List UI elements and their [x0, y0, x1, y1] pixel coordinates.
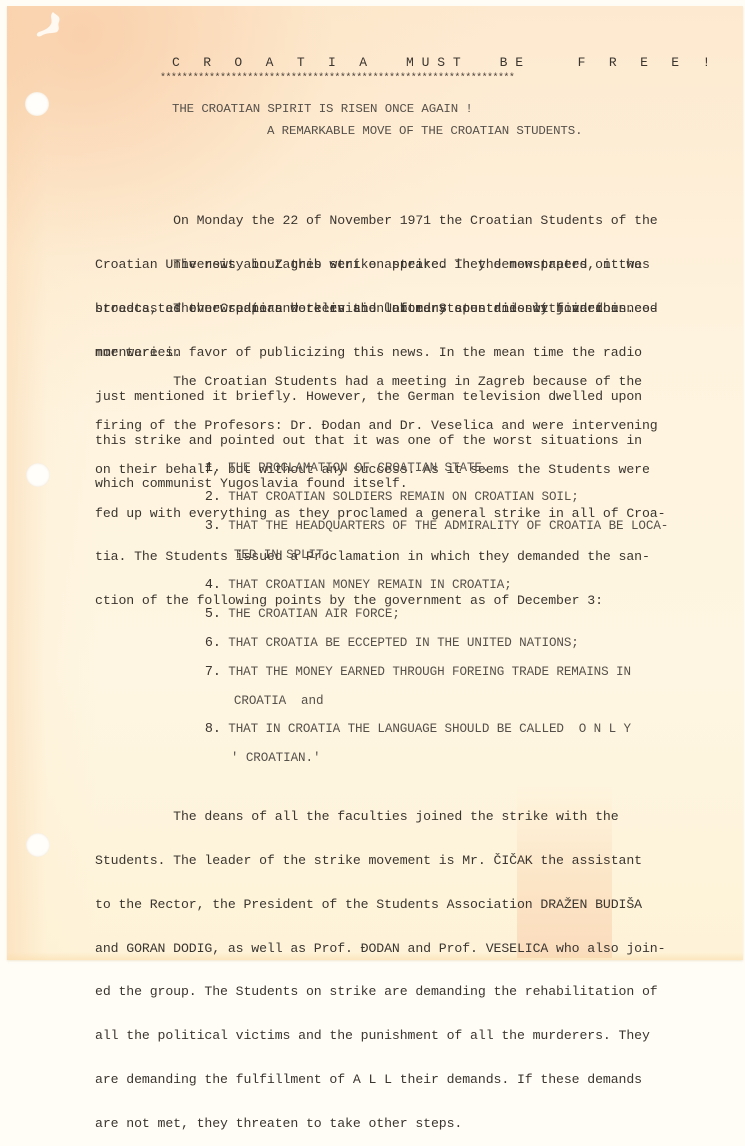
demand-text: THAT CROATIAN MONEY REMAIN IN CROATIA;: [228, 578, 511, 592]
punch-hole-top: [25, 92, 49, 116]
text-line: to the Rector, the President of the Stud…: [95, 898, 740, 913]
text-line: The Croatian Students had a meeting in Z…: [95, 375, 740, 390]
document-title: C R O A T I A M U S T B E F R E E !: [172, 56, 710, 71]
demand-item-5: 5. THE CROATIAN AIR FORCE;: [190, 593, 400, 622]
demand-text: THAT CROATIA BE ECCEPTED IN THE UNITED N…: [228, 636, 579, 650]
paragraph-strike-leaders: The deans of all the faculties joined th…: [95, 781, 740, 1024]
text-line: On Monday the 22 of November 1971 the Cr…: [95, 214, 740, 229]
torn-corner-icon: [31, 10, 71, 50]
text-line: ed the group. The Students on strike are…: [95, 985, 740, 1000]
demand-item-7: 7. THAT THE MONEY EARNED THROUGH FOREING…: [190, 651, 631, 680]
text-line: Students. The leader of the strike movem…: [95, 854, 740, 869]
title-underline-stars: ****************************************…: [160, 72, 514, 87]
punch-hole-middle: [26, 463, 50, 487]
demand-number: 8.: [205, 722, 221, 737]
demand-item-4: 4. THAT CROATIAN MONEY REMAIN IN CROATIA…: [190, 564, 512, 593]
text-line: tia. The Students issued a Proclamation …: [95, 550, 740, 565]
demand-number: 3.: [205, 519, 221, 534]
demand-number: 6.: [205, 636, 221, 651]
text-line: The deans of all the faculties joined th…: [95, 810, 740, 825]
demand-number: 5.: [205, 607, 221, 622]
demand-text: CROATIA and: [234, 694, 324, 708]
demand-item-8: 8. THAT IN CROATIA THE LANGUAGE SHOULD B…: [190, 708, 631, 737]
demand-number: 7.: [205, 665, 221, 680]
demand-text: THE CROATIAN AIR FORCE;: [228, 607, 400, 621]
demand-item-8-continued: ' CROATIAN.': [216, 737, 320, 765]
demand-number: 2.: [205, 490, 221, 505]
subheading-remarkable-move: A REMARKABLE MOVE OF THE CROATIAN STUDEN…: [267, 124, 582, 139]
demand-item-3-continued: TED IN SPLIT;: [219, 534, 331, 562]
demand-item-6: 6. THAT CROATIA BE ECCEPTED IN THE UNITE…: [190, 622, 579, 651]
punch-hole-bottom: [26, 833, 50, 857]
demand-text: THAT THE MONEY EARNED THROUGH FOREING TR…: [228, 665, 631, 679]
demand-text: THE PROCLAMATION OF CROATIAN STATE.: [228, 461, 489, 475]
demand-text: ' CROATIAN.': [231, 751, 321, 765]
demand-item-3: 3. THAT THE HEADQUARTERS OF THE ADMIRALI…: [190, 505, 668, 534]
demand-item-7-continued: CROATIA and: [219, 680, 323, 708]
demand-text: TED IN SPLIT;: [234, 548, 331, 562]
subheading-spirit: THE CROATIAN SPIRIT IS RISEN ONCE AGAIN …: [172, 102, 473, 117]
demand-item-2: 2. THAT CROATIAN SOLDIERS REMAIN ON CROA…: [190, 476, 579, 505]
text-line: and GORAN DODIG, as well as Prof. ĐODAN …: [95, 942, 740, 957]
demand-text: THAT CROATIAN SOLDIERS REMAIN ON CROATIA…: [228, 490, 579, 504]
text-line: The newspapers here in the United States…: [95, 302, 740, 317]
demand-text: THAT THE HEADQUARTERS OF THE ADMIRALITY …: [228, 519, 668, 533]
demand-text: THAT IN CROATIA THE LANGUAGE SHOULD BE C…: [228, 722, 631, 736]
demand-number: 4.: [205, 578, 221, 593]
demand-number: 1.: [205, 461, 221, 476]
text-line: The news about this strike appeared in t…: [95, 258, 740, 273]
demand-item-1: 1. THE PROCLAMATION OF CROATIAN STATE.: [190, 447, 489, 476]
text-line: firing of the Profesors: Dr. Đodan and D…: [95, 419, 740, 434]
